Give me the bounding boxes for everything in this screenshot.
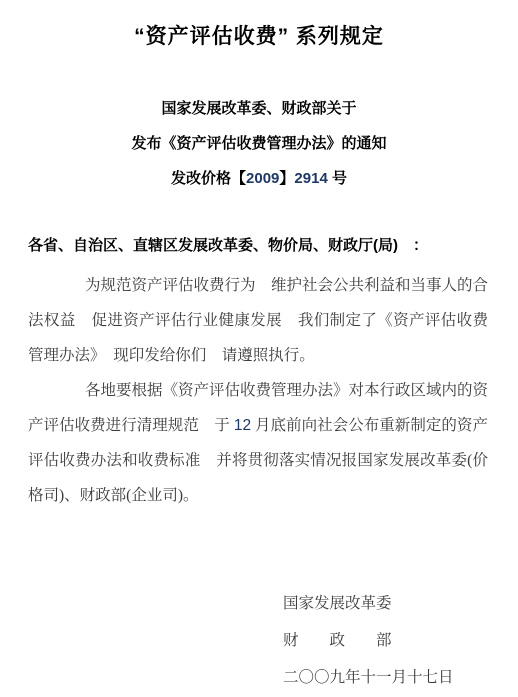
signature-agency-mof: 财 政 部 [283,622,454,659]
body-paragraphs: 为规范资产评估收费行为 维护社会公共利益和当事人的合法权益 促进资产评估行业健康… [28,268,488,513]
notice-heading: 国家发展改革委、财政部关于 发布《资产评估收费管理办法》的通知 发改价格【200… [0,91,518,196]
signature-block: 国家发展改革委 财 政 部 二〇〇九年十一月十七日 [283,585,454,696]
salutation-line: 各省、自治区、直辖区发展改革委、物价局、财政厅(局) ： [28,236,490,256]
body-paragraph-1: 为规范资产评估收费行为 维护社会公共利益和当事人的合法权益 促进资产评估行业健康… [28,268,488,373]
notice-heading-line-1: 国家发展改革委、财政部关于 [0,91,518,126]
document-title: “资产评估收费” 系列规定 [0,20,518,50]
doc-number-line: 发改价格【2009】2914 号 [0,161,518,196]
notice-heading-line-2: 发布《资产评估收费管理办法》的通知 [0,126,518,161]
signature-date: 二〇〇九年十一月十七日 [283,659,454,696]
signature-agency-ndrc: 国家发展改革委 [283,585,454,622]
document-page: “资产评估收费” 系列规定 国家发展改革委、财政部关于 发布《资产评估收费管理办… [0,0,518,697]
body-paragraph-2: 各地要根据《资产评估收费管理办法》对本行政区域内的资产评估收费进行清理规范 于 … [28,373,488,513]
